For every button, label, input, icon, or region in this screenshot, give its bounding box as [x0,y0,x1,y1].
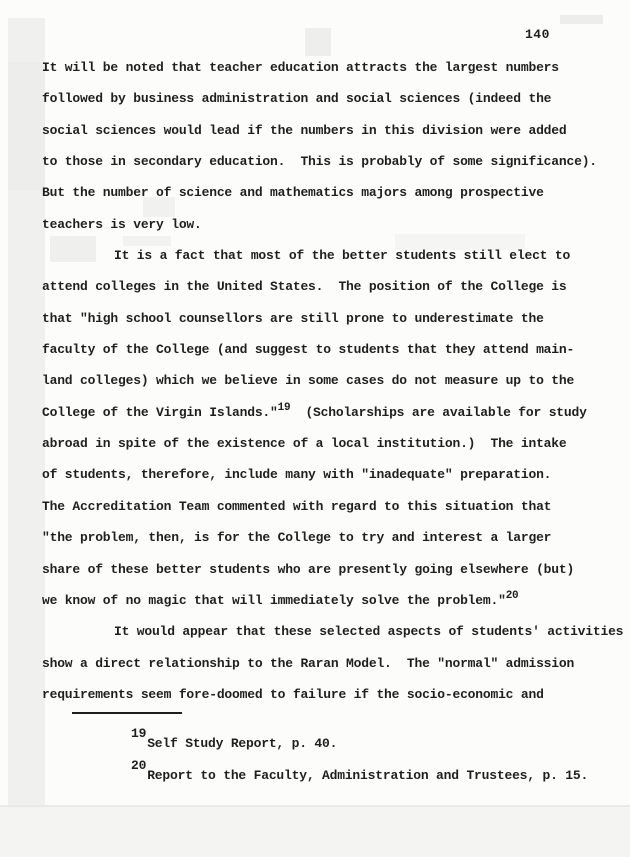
text-line: College of the Virgin Islands."19 (Schol… [42,397,630,428]
text-line-paragraph-start: It would appear that these selected aspe… [42,616,630,647]
footnote-text: Self Study Report, p. 40. [147,736,337,751]
text-line: show a direct relationship to the Raran … [42,648,630,679]
text-line: share of these better students who are p… [42,554,630,585]
footnote-20: 20Report to the Faculty, Administration … [42,768,602,783]
text-line: "the problem, then, is for the College t… [42,522,630,553]
text-line: to those in secondary education. This is… [42,146,630,177]
text-line: requirements seem fore-doomed to failure… [42,679,630,710]
footnote-ref-20: 20 [506,590,519,602]
text-line: attend colleges in the United States. Th… [42,271,630,302]
text-line-paragraph-start: It is a fact that most of the better stu… [42,240,630,271]
footnote-text: Report to the Faculty, Administration an… [147,768,588,783]
text-line: But the number of science and mathematic… [42,177,630,208]
footnote-number: 19 [131,726,146,741]
footnote-ref-19: 19 [278,402,291,414]
text-line: land colleges) which we believe in some … [42,365,630,396]
scan-artifact-top-right [560,15,603,24]
text-line: of students, therefore, include many wit… [42,459,630,490]
text-line: we know of no magic that will immediatel… [42,585,630,616]
page-number: 140 [525,27,550,42]
footnotes-section: 19Self Study Report, p. 40. 20Report to … [42,712,602,783]
scan-artifact-left-band-dark [8,62,45,190]
footnote-separator [72,712,182,714]
text-line: The Accreditation Team commented with re… [42,491,630,522]
text-line: abroad in spite of the existence of a lo… [42,428,630,459]
body-text: It will be noted that teacher education … [42,52,630,710]
text-line: social sciences would lead if the number… [42,115,630,146]
footnote-19: 19Self Study Report, p. 40. [42,736,602,751]
text-line: teachers is very low. [42,209,630,240]
text-line: that "high school counsellors are still … [42,303,630,334]
document-page: 140 It will be noted that teacher educat… [0,0,630,805]
footnote-number: 20 [131,758,146,773]
text-line: faculty of the College (and suggest to s… [42,334,630,365]
text-line: It will be noted that teacher education … [42,52,630,83]
scan-background-bottom [0,805,630,857]
text-line: followed by business administration and … [42,83,630,114]
